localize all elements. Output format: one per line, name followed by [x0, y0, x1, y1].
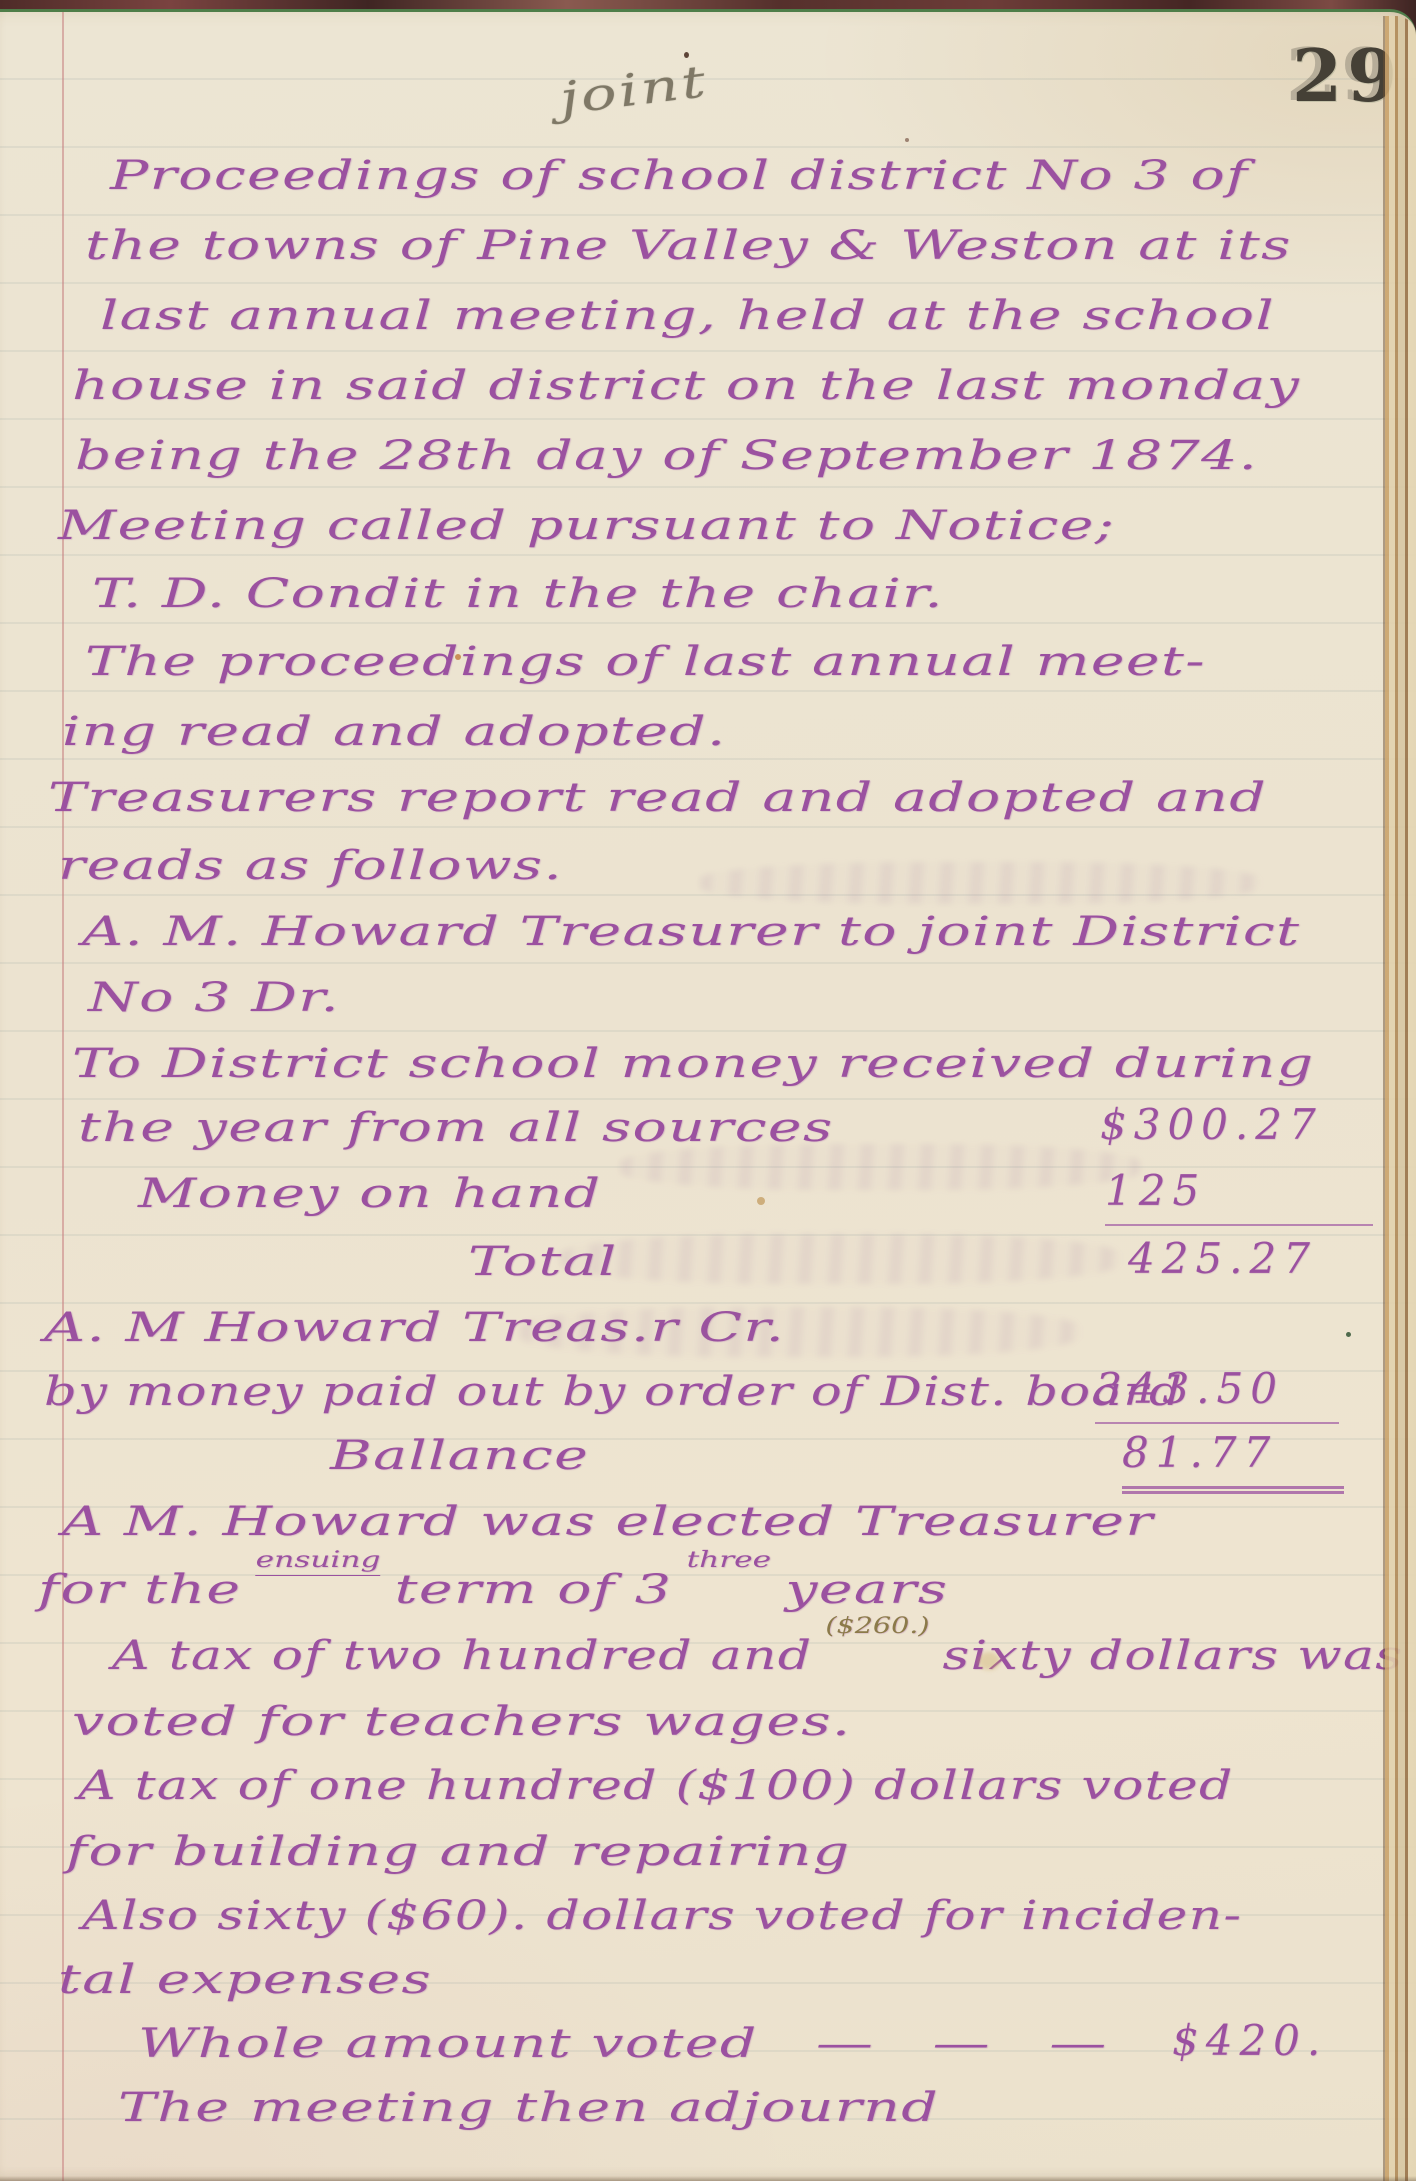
manuscript-line: the towns of Pine Valley & Weston at its — [0, 222, 1416, 292]
manuscript-line: being the 28th day of September 1874. — [0, 432, 1416, 502]
amount-value: 125 — [1105, 1166, 1373, 1226]
ink-speck — [455, 654, 461, 660]
amount-value: 343.50 — [1095, 1364, 1339, 1424]
bleed-through-mark — [620, 1144, 1140, 1190]
manuscript-line: A tax of one hundred ($100) dollars vote… — [0, 1762, 1416, 1832]
manuscript-line: No 3 Dr. — [0, 974, 1416, 1044]
amount-value: $420. — [1172, 2016, 1327, 2066]
manuscript-line: last annual meeting, held at the school — [0, 292, 1416, 362]
ledger-page-scan: { "page": { "number": "29", "pencil_anno… — [0, 0, 1416, 2181]
manuscript-line: Also sixty ($60). dollars voted for inci… — [0, 1892, 1416, 1962]
manuscript-line: ing read and adopted. — [0, 708, 1416, 778]
amount-value: 81.77 — [1122, 1428, 1344, 1494]
manuscript-line: The proceedings of last annual meet- — [0, 638, 1416, 708]
manuscript-line: voted for teachers wages. — [0, 1698, 1416, 1768]
ink-speck — [905, 138, 909, 142]
manuscript-line: The meeting then adjournd — [0, 2084, 1416, 2154]
manuscript-line: Treasurers report read and adopted and — [0, 774, 1416, 844]
amount-value: $300.27 — [1100, 1100, 1323, 1150]
ledger-sheet: 29 joint Proceedings of school district … — [0, 9, 1416, 2181]
bleed-through-mark — [700, 862, 1260, 904]
stain-spot — [757, 1197, 765, 1205]
manuscript-line: for theensuingterm of 3threeyears — [0, 1566, 1416, 1636]
manuscript-line: Ballance 81.77 — [0, 1432, 1416, 1502]
ink-speck — [1346, 1332, 1351, 1337]
manuscript-line: for building and repairing — [0, 1828, 1416, 1898]
manuscript-line: A. M. Howard Treasurer to joint District — [0, 908, 1416, 978]
inline-insertion: ($260.) — [825, 1614, 929, 1639]
manuscript-line: A tax of two hundred and($260.)sixty dol… — [0, 1632, 1416, 1702]
page-bottom-edge — [0, 2176, 1416, 2181]
ink-speck — [684, 52, 689, 58]
manuscript-line: Proceedings of school district No 3 of — [0, 152, 1416, 222]
stain-spot — [978, 1652, 1000, 1670]
bleed-through-mark — [560, 1234, 1120, 1284]
page-stack-edge — [1383, 16, 1416, 2181]
pencil-annotation: joint — [557, 60, 710, 122]
inline-insertion: three — [687, 1548, 772, 1573]
manuscript-line: Whole amount voted — — — $420. — [0, 2020, 1416, 2090]
amount-value: 425.27 — [1128, 1234, 1317, 1284]
inline-insertion: ensuing — [256, 1548, 381, 1576]
manuscript-line: T. D. Condit in the the chair. — [0, 570, 1416, 640]
manuscript-line: Meeting called pursuant to Notice; — [0, 502, 1416, 572]
bleed-through-mark — [520, 1307, 1080, 1357]
manuscript-line: house in said district on the last monda… — [0, 362, 1416, 432]
